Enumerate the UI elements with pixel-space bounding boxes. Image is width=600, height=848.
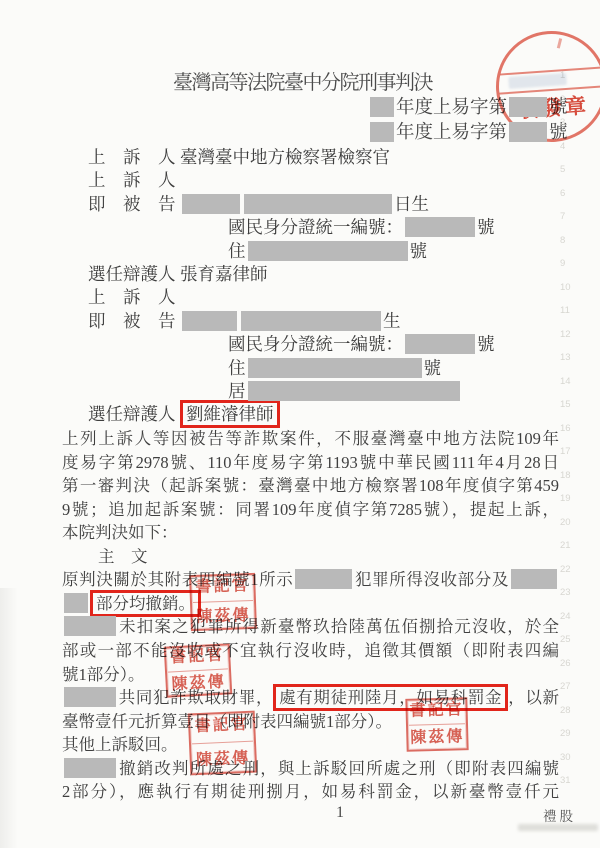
margin-line-number: 29 <box>560 728 580 739</box>
margin-line-number: 21 <box>560 540 580 551</box>
clerk-seal-name: 陳茲傳 <box>408 730 466 748</box>
receipt-stamp-arc-mark <box>557 38 562 48</box>
judgment-document-page: 臺灣高等法院臺中分院刑事判決 收發章 年度上易字第號年度上易字第號 上 訴 人臺… <box>0 0 600 848</box>
text-segment: 9號；追加起訴案號：同署109年度偵字第7285號），提起上訴， <box>62 500 559 519</box>
redacted-text <box>295 569 352 589</box>
margin-line-number: 24 <box>560 611 580 622</box>
redacted-text <box>64 687 116 707</box>
party-row: 上 訴 人 <box>88 286 568 309</box>
party-row: 上 訴 人臺灣臺中地方檢察署檢察官 <box>88 146 568 169</box>
text-segment: 號 <box>424 358 442 378</box>
text-segment: 號 <box>477 334 495 354</box>
judgment-text-line: 部或一部不能沒收或不宜執行沒收時，追徵其價額（即附表四編 <box>62 639 559 662</box>
case-number-line: 年度上易字第號 <box>368 121 568 145</box>
margin-line-number: 8 <box>560 235 580 246</box>
redacted-text <box>370 97 394 117</box>
clerk-seal-stamp: 書記官陳茲傳 <box>188 711 258 776</box>
clerk-seal-name: 陳茲傳 <box>192 608 255 626</box>
judgment-text-line: 上列上訴人等因被告等詐欺案件，不服臺灣臺中地方法院109年 <box>62 427 559 450</box>
text-segment: 居 <box>228 381 246 401</box>
text-segment: 日生 <box>394 194 429 214</box>
text-segment: 生 <box>383 311 401 331</box>
redacted-text <box>182 311 237 331</box>
text-segment: 國民身分證統一編號： <box>228 217 403 237</box>
margin-line-number: 26 <box>560 658 580 669</box>
judgment-text-line: 主 文 <box>62 545 595 568</box>
judgment-text-line: 部分均撤銷。 <box>62 592 559 615</box>
party-role-label: 即 被 告 <box>88 193 180 216</box>
text-segment: 撤銷改判所處之刑，與上訴駁回所處之刑（即附表四編號 <box>118 759 559 778</box>
margin-line-number: 5 <box>560 164 580 175</box>
text-segment: 部或一部不能沒收或不宜執行沒收時，追徵其價額（即附表四編 <box>62 641 559 660</box>
margin-line-number: 31 <box>560 775 580 786</box>
judgment-text-line: 臺幣壹仟元折算壹日（即附表四編號1部分）。 <box>62 710 559 733</box>
margin-line-number: 23 <box>560 587 580 598</box>
redacted-text <box>241 311 381 331</box>
text-segment: 主 文 <box>98 547 148 566</box>
highlight-box: 處有期徒刑陸月，如易科罰金 <box>273 684 508 711</box>
margin-line-number: 28 <box>560 705 580 716</box>
redacted-text <box>244 194 392 214</box>
party-row: 國民身分證統一編號：號 <box>88 333 568 356</box>
margin-line-number: 30 <box>560 752 580 763</box>
party-role-label: 上 訴 人 <box>88 146 180 169</box>
redacted-text <box>248 241 408 261</box>
redacted-text <box>64 616 116 636</box>
judgment-text-line: 其他上訴駁回。 <box>62 733 559 756</box>
clerk-seal-title: 書記官 <box>407 702 465 720</box>
text-segment: 2部分），應執行有期徒刑捌月，如易科罰金，以新臺幣壹仟元 <box>62 782 559 801</box>
judgment-text-line: 未扣案之犯罪所得新臺幣玖拾陸萬伍佰捌拾元沒收，於全 <box>62 615 559 638</box>
judgment-text-line: 共同犯詐欺取財罪，處有期徒刑陸月，如易科罰金，以新 <box>62 686 559 709</box>
case-number-label: 年度上易字第 <box>396 98 507 118</box>
text-segment: 國民身分證統一編號： <box>228 334 403 354</box>
text-segment: ，以新 <box>508 688 559 707</box>
clerk-seal-stamp: 書記官陳茲傳 <box>189 573 257 631</box>
faint-ghost-text <box>518 824 598 831</box>
text-segment: 犯罪所得沒收部分及 <box>354 570 509 589</box>
highlight-box: 劉維濬律師 <box>180 400 280 428</box>
redacted-text <box>64 593 88 613</box>
party-row: 選任辯護人張育嘉律師 <box>88 263 568 286</box>
clerk-seal-divider <box>168 668 228 672</box>
division-label: 禮股 <box>543 805 576 825</box>
party-row: 住號 <box>88 357 568 380</box>
party-role-label: 選任辯護人 <box>88 263 180 286</box>
redacted-text <box>509 97 547 117</box>
margin-line-number: 27 <box>560 681 580 692</box>
margin-line-number: 10 <box>560 282 580 293</box>
margin-line-number: 4 <box>560 141 580 152</box>
clerk-seal-name: 陳茲傳 <box>167 674 230 693</box>
margin-line-number: 6 <box>560 188 580 199</box>
clerk-seal-divider <box>193 600 253 603</box>
judgment-text-line: 原判決關於其附表四編號1所示犯罪所得沒收部分及 <box>62 568 559 591</box>
party-row: 居 <box>88 380 568 403</box>
redacted-text <box>248 358 422 378</box>
margin-line-number: 19 <box>560 493 580 504</box>
margin-line-number: 18 <box>560 470 580 481</box>
text-segment: 本院判決如下： <box>62 523 178 542</box>
margin-line-number: 14 <box>560 376 580 387</box>
redacted-text <box>182 194 240 214</box>
margin-line-number: 9 <box>560 258 580 269</box>
page-number: 1 <box>330 804 350 822</box>
receipt-stamp-date-smudge <box>508 73 567 89</box>
judgment-text-line: 號1部分）。 <box>62 663 559 686</box>
judgment-text-line: 第一審判決（起訴案號：臺灣臺中地方檢察署108年度偵字第459 <box>62 474 559 497</box>
party-role-label: 選任辯護人 <box>88 403 180 426</box>
text-segment: 上列上訴人等因被告等詐欺案件，不服臺灣臺中地方法院109年 <box>62 429 559 448</box>
clerk-seal-stamp: 書記官陳茲傳 <box>164 643 233 697</box>
judgment-text-line: 本院判決如下： <box>62 521 559 544</box>
margin-line-number: 25 <box>560 634 580 645</box>
clerk-seal-title: 書記官 <box>191 578 254 596</box>
text-segment: 號1部分）。 <box>62 665 145 684</box>
text-segment: 張育嘉律師 <box>180 264 268 284</box>
case-number-line: 年度上易字第號 <box>368 96 568 120</box>
clerk-seal-stamp: 書記官陳茲傳 <box>405 697 468 752</box>
redacted-text <box>509 122 547 142</box>
margin-line-number: 16 <box>560 423 580 434</box>
party-row: 住號 <box>88 240 568 263</box>
redacted-text <box>405 334 475 354</box>
party-row: 國民身分證統一編號：號 <box>88 216 568 239</box>
party-role-label: 即 被 告 <box>88 310 180 333</box>
judgment-text-line: 9號；追加起訴案號：同署109年度偵字第7285號），提起上訴， <box>62 498 559 521</box>
margin-line-number: 20 <box>560 517 580 528</box>
clerk-seal-title: 書記官 <box>190 717 254 736</box>
document-title: 臺灣高等法院臺中分院刑事判決 <box>173 66 432 95</box>
text-segment: 號 <box>477 217 495 237</box>
margin-line-number: 13 <box>560 352 580 363</box>
redacted-text <box>405 217 475 237</box>
redacted-text <box>248 381 460 401</box>
party-row: 選任辯護人劉維濬律師 <box>88 403 568 426</box>
party-row: 上 訴 人 <box>88 169 568 192</box>
text-segment: 號 <box>410 241 428 261</box>
redacted-text <box>511 569 557 589</box>
margin-line-number: 15 <box>560 399 580 410</box>
text-segment: 原判決關於其附表四編號1所示 <box>62 570 293 589</box>
margin-line-number: 17 <box>560 446 580 457</box>
margin-line-number: 7 <box>560 211 580 222</box>
judgment-text-line: 撤銷改判所處之刑，與上訴駁回所處之刑（即附表四編號 <box>62 757 559 780</box>
text-segment: 度易字第2978號、110年度易字第1193號中華民國111年4月28日 <box>62 453 559 472</box>
text-segment: 住 <box>228 358 246 378</box>
text-segment: 其他上訴駁回。 <box>62 735 178 754</box>
text-segment: 第一審判決（起訴案號：臺灣臺中地方檢察署108年度偵字第459 <box>62 476 559 495</box>
highlight-box: 部分均撤銷。 <box>90 590 201 617</box>
party-role-label: 上 訴 人 <box>88 169 180 192</box>
clerk-seal-title: 書記官 <box>166 648 229 667</box>
text-segment: 未扣案之犯罪所得新臺幣玖拾陸萬伍佰捌拾元沒收，於全 <box>118 617 559 636</box>
margin-line-number: 22 <box>560 564 580 575</box>
clerk-seal-name: 陳茲傳 <box>191 750 255 769</box>
redacted-text <box>370 122 394 142</box>
party-role-label: 上 訴 人 <box>88 286 180 309</box>
judgment-text-line: 2部分），應執行有期徒刑捌月，如易科罰金，以新臺幣壹仟元 <box>62 780 559 803</box>
clerk-seal-divider <box>192 741 253 745</box>
text-segment: 住 <box>228 241 246 261</box>
text-segment: 臺灣臺中地方檢察署檢察官 <box>180 147 390 167</box>
margin-line-number: 11 <box>560 305 580 316</box>
judgment-text-line: 度易字第2978號、110年度易字第1193號中華民國111年4月28日 <box>62 451 559 474</box>
party-row: 即 被 告日生 <box>88 193 568 216</box>
margin-line-number: 12 <box>560 329 580 340</box>
clerk-seal-divider <box>409 723 465 725</box>
party-row: 即 被 告生 <box>88 310 568 333</box>
redacted-text <box>64 758 116 778</box>
case-number-label: 年度上易字第 <box>396 123 507 143</box>
